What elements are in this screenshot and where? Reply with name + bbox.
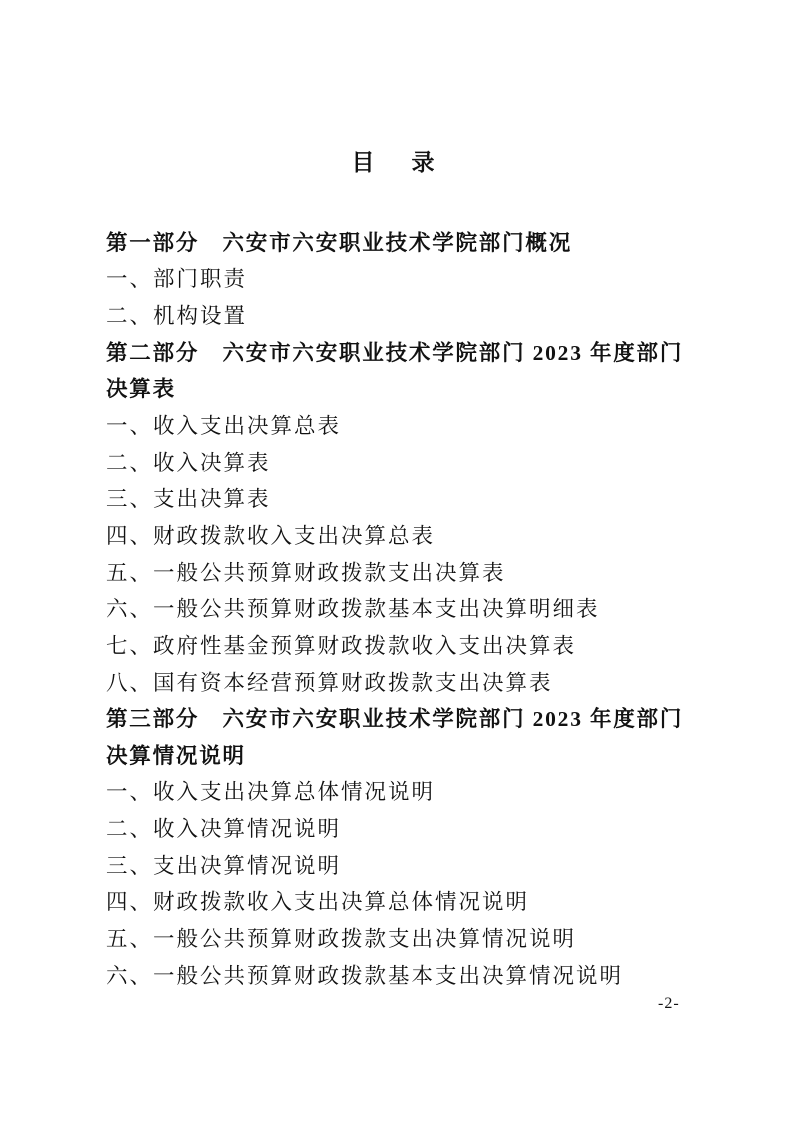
toc-entry: 一、收入支出决算总表 xyxy=(106,406,746,443)
toc-entry: 二、收入决算情况说明 xyxy=(106,809,746,846)
toc-entry: 四、财政拨款收入支出决算总表 xyxy=(106,516,746,553)
toc-entry: 一、部门职责 xyxy=(106,260,746,297)
toc-entry: 一、收入支出决算总体情况说明 xyxy=(106,773,746,810)
toc-entry: 二、机构设置 xyxy=(106,296,746,333)
toc-heading-part2: 第二部分 六安市六安职业技术学院部门 2023 年度部门 xyxy=(106,333,746,370)
table-of-contents: 第一部分 六安市六安职业技术学院部门概况 一、部门职责 二、机构设置 第二部分 … xyxy=(106,223,746,992)
toc-heading-part2-cont: 决算表 xyxy=(106,370,746,407)
toc-entry: 五、一般公共预算财政拨款支出决算情况说明 xyxy=(106,919,746,956)
page-number: -2- xyxy=(658,995,680,1013)
toc-entry: 三、支出决算情况说明 xyxy=(106,846,746,883)
toc-entry: 三、支出决算表 xyxy=(106,479,746,516)
page-title: 目 录 xyxy=(0,148,793,178)
toc-entry: 六、一般公共预算财政拨款基本支出决算明细表 xyxy=(106,589,746,626)
toc-entry: 四、财政拨款收入支出决算总体情况说明 xyxy=(106,883,746,920)
toc-heading-part1: 第一部分 六安市六安职业技术学院部门概况 xyxy=(106,223,746,260)
toc-heading-part3-cont: 决算情况说明 xyxy=(106,736,746,773)
document-page: 目 录 第一部分 六安市六安职业技术学院部门概况 一、部门职责 二、机构设置 第… xyxy=(0,0,793,1122)
toc-entry: 五、一般公共预算财政拨款支出决算表 xyxy=(106,553,746,590)
toc-heading-part3: 第三部分 六安市六安职业技术学院部门 2023 年度部门 xyxy=(106,699,746,736)
toc-entry: 六、一般公共预算财政拨款基本支出决算情况说明 xyxy=(106,956,746,993)
toc-entry: 八、国有资本经营预算财政拨款支出决算表 xyxy=(106,663,746,700)
toc-entry: 二、收入决算表 xyxy=(106,443,746,480)
toc-entry: 七、政府性基金预算财政拨款收入支出决算表 xyxy=(106,626,746,663)
